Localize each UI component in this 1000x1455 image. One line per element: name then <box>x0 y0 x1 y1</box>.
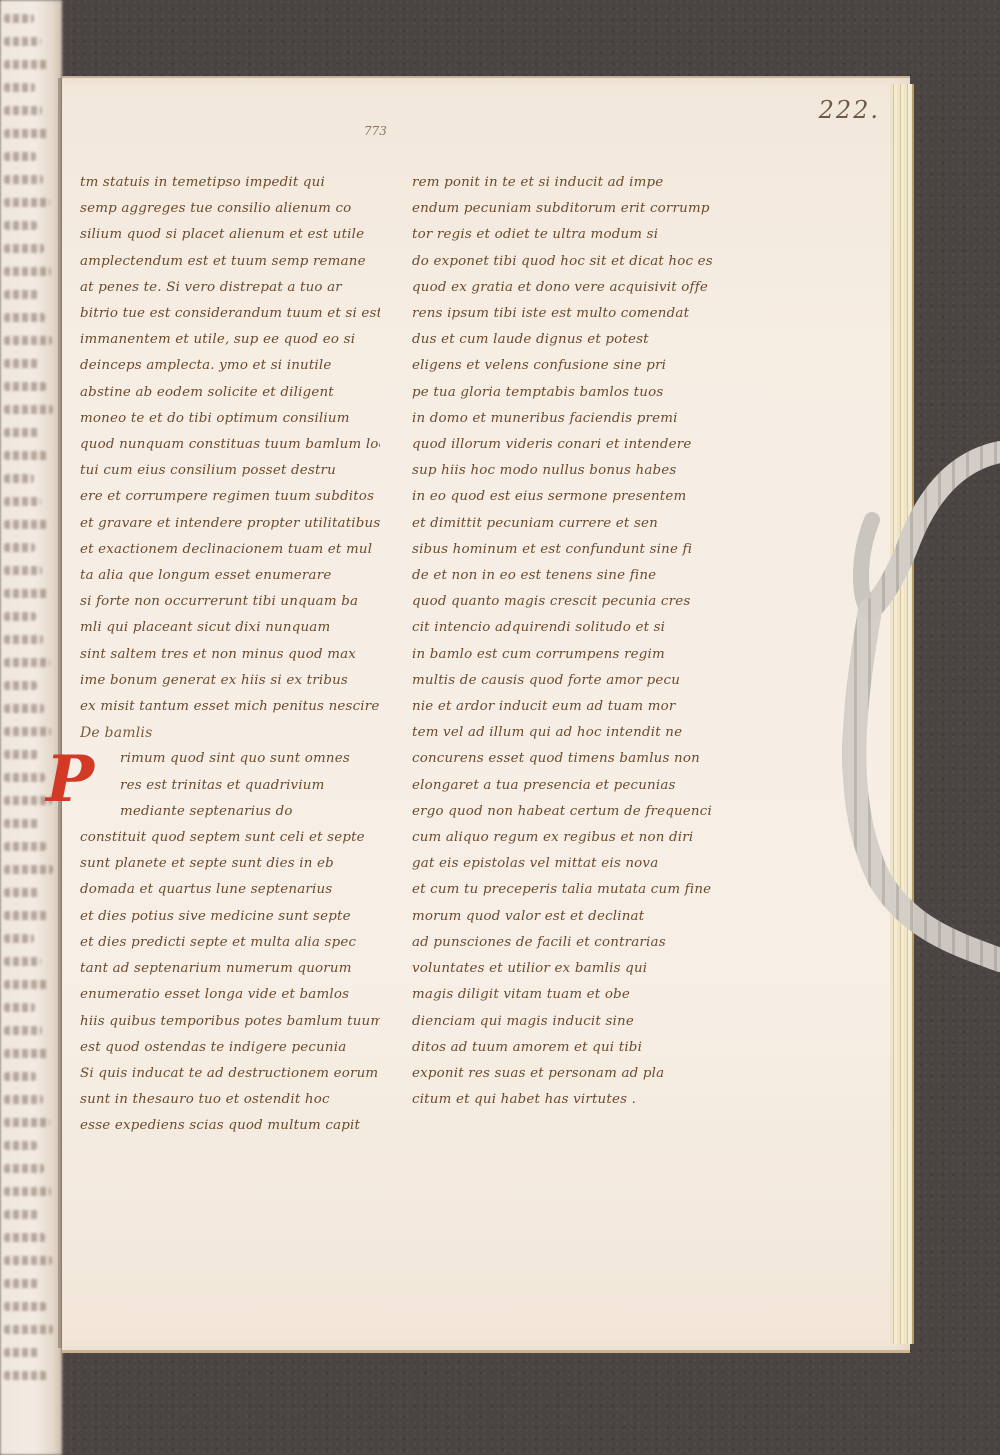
manuscript-line: concurens esset quod timens bamlus non <box>412 746 712 772</box>
manuscript-line: endum pecuniam subditorum erit corrump <box>412 196 712 222</box>
manuscript-line: si forte non occurrerunt tibi unquam ba <box>80 589 380 615</box>
manuscript-line: est quod ostendas te indigere pecunia <box>80 1035 380 1061</box>
manuscript-line: semp aggreges tue consilio alienum co <box>80 196 380 222</box>
blurred-text-line <box>4 129 49 138</box>
manuscript-line: quod nunquam constituas tuum bamlum loco <box>80 432 380 458</box>
blurred-text-line <box>4 865 53 874</box>
manuscript-line: quod ex gratia et dono vere acquisivit o… <box>412 275 712 301</box>
manuscript-line: sunt planete et septe sunt dies in eb <box>80 851 380 877</box>
manuscript-line: esse expediens scias quod multum capit <box>80 1113 380 1139</box>
manuscript-line: tm statuis in temetipso impedit qui <box>80 170 380 196</box>
left-column-lines: tm statuis in temetipso impedit quisemp … <box>80 170 380 720</box>
blurred-text-line <box>4 1210 38 1219</box>
blurred-text-line <box>4 83 35 92</box>
manuscript-line: cum aliquo regum ex regibus et non diri <box>412 825 712 851</box>
manuscript-line: deinceps amplecta. ymo et si inutile <box>80 353 380 379</box>
manuscript-line: tem vel ad illum qui ad hoc intendit ne <box>412 720 712 746</box>
blurred-text-line <box>4 313 45 322</box>
blurred-text-line <box>4 267 51 276</box>
blurred-text-line <box>4 1256 52 1265</box>
blurred-text-line <box>4 359 39 368</box>
blurred-text-line <box>4 428 40 437</box>
blurred-text-line <box>4 1049 49 1058</box>
blurred-text-line <box>4 221 37 230</box>
manuscript-line: constituit quod septem sunt celi et sept… <box>80 825 380 851</box>
blurred-text-line <box>4 1026 42 1035</box>
red-initial-letter: P <box>46 748 94 812</box>
blurred-text-line <box>4 934 34 943</box>
left-page-blurred-text <box>0 14 62 1380</box>
manuscript-line: et dies potius sive medicine sunt septe <box>80 904 380 930</box>
manuscript-line: citum et qui habet has virtutes . <box>412 1087 712 1113</box>
blurred-text-line <box>4 957 41 966</box>
blurred-text-line <box>4 1348 40 1357</box>
manuscript-line: sibus hominum et est confundunt sine fi <box>412 537 712 563</box>
blurred-text-line <box>4 842 46 851</box>
manuscript-line: bitrio tue est considerandum tuum et si … <box>80 301 380 327</box>
blurred-text-line <box>4 474 34 483</box>
manuscript-line: ime bonum generat ex hiis si ex tribus <box>80 668 380 694</box>
manuscript-line: sup hiis hoc modo nullus bonus habes <box>412 458 712 484</box>
blurred-text-line <box>4 405 53 414</box>
manuscript-line: cit intencio adquirendi solitudo et si <box>412 615 712 641</box>
manuscript-line: et dies predicti septe et multa alia spe… <box>80 930 380 956</box>
manuscript-line: et cum tu preceperis talia mutata cum fi… <box>412 877 712 903</box>
manuscript-line: ere et corrumpere regimen tuum subditos <box>80 484 380 510</box>
blurred-text-line <box>4 1118 50 1127</box>
manuscript-line: rens ipsum tibi iste est multo comendat <box>412 301 712 327</box>
blurred-text-line <box>4 336 52 345</box>
manuscript-line: pe tua gloria temptabis bamlos tuos <box>412 380 712 406</box>
manuscript-line: mli qui placeant sicut dixi nunquam <box>80 615 380 641</box>
blurred-text-line <box>4 819 39 828</box>
manuscript-line: ta alia que longum esset enumerare <box>80 563 380 589</box>
left-column-lines-after-heading: rimum quod sint quo sunt omnesres est tr… <box>80 746 380 1139</box>
stacked-page-edges <box>890 84 914 1344</box>
blurred-text-line <box>4 658 50 667</box>
manuscript-line: exponit res suas et personam ad pla <box>412 1061 712 1087</box>
blurred-text-line <box>4 1279 39 1288</box>
manuscript-line: at penes te. Si vero distrepat a tuo ar <box>80 275 380 301</box>
blurred-text-line <box>4 796 52 805</box>
blurred-text-line <box>4 1371 47 1380</box>
right-column-lines: rem ponit in te et si inducit ad impeend… <box>412 170 712 1113</box>
manuscript-line: tui cum eius consilium posset destru <box>80 458 380 484</box>
manuscript-line: amplectendum est et tuum semp remane <box>80 249 380 275</box>
blurred-text-line <box>4 290 38 299</box>
manuscript-line: sint saltem tres et non minus quod max <box>80 642 380 668</box>
blurred-text-line <box>4 750 38 759</box>
blurred-text-line <box>4 704 44 713</box>
blurred-text-line <box>4 681 37 690</box>
text-column-right: rem ponit in te et si inducit ad impeend… <box>412 170 712 1113</box>
manuscript-line: in bamlo est cum corrumpens regim <box>412 642 712 668</box>
blurred-text-line <box>4 1187 51 1196</box>
blurred-text-line <box>4 152 36 161</box>
blurred-text-line <box>4 911 47 920</box>
manuscript-line: tor regis et odiet te ultra modum si <box>412 222 712 248</box>
blurred-text-line <box>4 106 42 115</box>
manuscript-line: in domo et muneribus faciendis premi <box>412 406 712 432</box>
manuscript-line: et exactionem declinacionem tuam et mul <box>80 537 380 563</box>
blurred-text-line <box>4 14 34 23</box>
manuscript-line: nie et ardor inducit eum ad tuam mor <box>412 694 712 720</box>
manuscript-line: et dimittit pecuniam currere et sen <box>412 511 712 537</box>
manuscript-line: in eo quod est eius sermone presentem <box>412 484 712 510</box>
blurred-text-line <box>4 175 43 184</box>
blurred-text-line <box>4 566 42 575</box>
blurred-text-line <box>4 543 35 552</box>
blurred-text-line <box>4 520 48 529</box>
manuscript-line: mediante septenarius do <box>80 799 380 825</box>
manuscript-line: ergo quod non habeat certum de frequenci… <box>412 799 712 825</box>
blurred-text-line <box>4 382 46 391</box>
manuscript-line: dus et cum laude dignus et potest <box>412 327 712 353</box>
blurred-text-line <box>4 244 44 253</box>
manuscript-line: quod illorum videris conari et intendere <box>412 432 712 458</box>
manuscript-line: res est trinitas et quadrivium <box>80 773 380 799</box>
manuscript-line: tant ad septenarium numerum quorum <box>80 956 380 982</box>
manuscript-line: immanentem et utile, sup ee quod eo si <box>80 327 380 353</box>
manuscript-line: sunt in thesauro tuo et ostendit hoc <box>80 1087 380 1113</box>
top-margin-mark: 773 <box>364 124 387 138</box>
manuscript-line: voluntates et utilior ex bamlis qui <box>412 956 712 982</box>
blurred-text-line <box>4 635 43 644</box>
blurred-text-line <box>4 37 41 46</box>
blurred-text-line <box>4 773 45 782</box>
manuscript-line: ad punsciones de facili et contrarias <box>412 930 712 956</box>
manuscript-line: domada et quartus lune septenarius <box>80 877 380 903</box>
manuscript-line: do exponet tibi quod hoc sit et dicat ho… <box>412 249 712 275</box>
manuscript-line: silium quod si placet alienum et est uti… <box>80 222 380 248</box>
text-column-left: tm statuis in temetipso impedit quisemp … <box>80 170 380 1140</box>
manuscript-line: gat eis epistolas vel mittat eis nova <box>412 851 712 877</box>
blurred-text-line <box>4 451 47 460</box>
manuscript-line: abstine ab eodem solicite et diligent <box>80 380 380 406</box>
blurred-text-line <box>4 980 48 989</box>
manuscript-line: dienciam qui magis inducit sine <box>412 1009 712 1035</box>
blurred-text-line <box>4 1164 44 1173</box>
manuscript-line: de et non in eo est tenens sine fine <box>412 563 712 589</box>
blurred-text-line <box>4 1095 43 1104</box>
manuscript-line: quod quanto magis crescit pecunia cres <box>412 589 712 615</box>
manuscript-line: rem ponit in te et si inducit ad impe <box>412 170 712 196</box>
manuscript-line: ditos ad tuum amorem et qui tibi <box>412 1035 712 1061</box>
manuscript-line: ex misit tantum esset mich penitus nesci… <box>80 694 380 720</box>
manuscript-line: moneo te et do tibi optimum consilium <box>80 406 380 432</box>
blurred-text-line <box>4 60 48 69</box>
manuscript-line: Si quis inducat te ad destructionem eoru… <box>80 1061 380 1087</box>
manuscript-line: multis de causis quod forte amor pecu <box>412 668 712 694</box>
blurred-text-line <box>4 198 50 207</box>
blurred-text-line <box>4 1072 36 1081</box>
manuscript-line: morum quod valor est et declinat <box>412 904 712 930</box>
decorated-initial-block: P rimum quod sint quo sunt omnesres est … <box>80 746 380 1139</box>
blurred-text-line <box>4 589 49 598</box>
rubric-heading: De bamlis <box>80 720 380 746</box>
manuscript-line: eligens et velens confusione sine pri <box>412 353 712 379</box>
manuscript-line: hiis quibus temporibus potes bamlum tuum <box>80 1009 380 1035</box>
facing-left-page <box>0 0 62 1455</box>
manuscript-line: magis diligit vitam tuam et obe <box>412 982 712 1008</box>
blurred-text-line <box>4 727 51 736</box>
blurred-text-line <box>4 1003 35 1012</box>
manuscript-line: enumeratio esset longa vide et bamlos <box>80 982 380 1008</box>
manuscript-line: rimum quod sint quo sunt omnes <box>80 746 380 772</box>
blurred-text-line <box>4 888 40 897</box>
manuscript-line: et gravare et intendere propter utilitat… <box>80 511 380 537</box>
blurred-text-line <box>4 1325 53 1334</box>
blurred-text-line <box>4 497 41 506</box>
folio-number: 222. <box>819 96 880 124</box>
blurred-text-line <box>4 1302 46 1311</box>
blurred-text-line <box>4 1141 37 1150</box>
blurred-text-line <box>4 1233 45 1242</box>
blurred-text-line <box>4 612 36 621</box>
manuscript-line: elongaret a tua presencia et pecunias <box>412 773 712 799</box>
